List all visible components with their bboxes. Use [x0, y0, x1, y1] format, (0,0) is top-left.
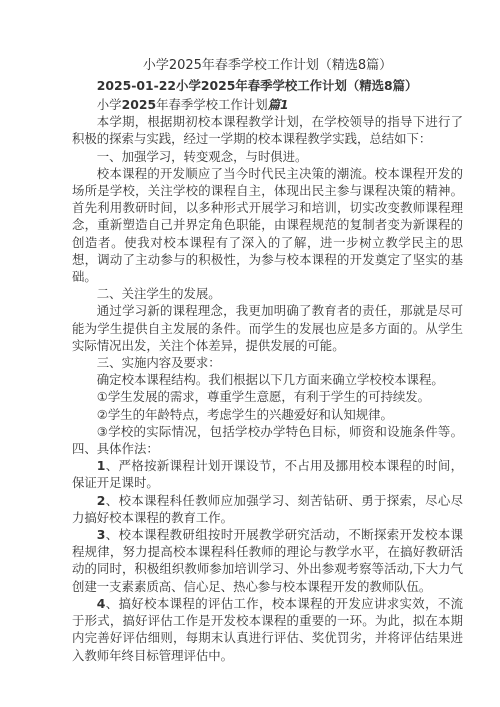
paragraph: 2、校本课程科任教师应加强学习、刻苦钻研、勇于探索，尽心尽力搞好校本课程的教育工… — [72, 492, 463, 526]
document-page: 小学2025年春季学校工作计划（精选8篇）2025-01-22小学2025年春季… — [0, 0, 500, 707]
paragraph: 3、校本课程教研组按时开展教学研究活动，不断探索开发校本课程规律，努力提高校本课… — [72, 526, 463, 595]
text-segment: 、校本课程教研组按时开展教学研究活动，不断探索开发校本课程规律，努力提高校本课程… — [72, 527, 463, 594]
paragraph: ①学生发展的需求，尊重学生意愿，有利于学生的可持续发。 — [72, 388, 463, 405]
text-segment: 二、关注学生的发展。 — [97, 286, 221, 301]
text-segment: 年春季学校工作计划 — [156, 97, 268, 112]
paragraph: 确定校本课程结构。我们根据以下几方面来确立学校校本课程。 — [72, 371, 463, 388]
text-segment: 、校本课程科任教师应加强学习、刻苦钻研、勇于探索，尽心尽力搞好校本课程的教育工作… — [72, 493, 463, 525]
text-segment: 一、加强学习，转变观念，与时俱进。 — [97, 149, 308, 164]
text-segment: 2025 — [122, 97, 157, 112]
text-segment: 、搞好校本课程的评估工作，校本课程的开发应讲求实效，不流于形式，搞好评估工作是开… — [72, 596, 463, 663]
paragraph: 二、关注学生的发展。 — [72, 285, 463, 302]
text-segment: 本学期，根据期初校本课程教学计划，在学校领导的指导下进行了积极的探索与实践，经过… — [72, 114, 463, 146]
text-segment: ③学校的实际情况，包括学校办学特色目标，师资和设施条件等。四、具体作法： — [72, 424, 463, 456]
paragraph: ②学生的年龄特点，考虑学生的兴趣爱好和认知规律。 — [72, 406, 463, 423]
text-segment: 通过学习新的课程理念，我更加明确了教育者的责任，那就是尽可能为学生提供自主发展的… — [72, 303, 463, 352]
text-segment: 2025-01-22小学2025年春季学校工作计划（精选8篇） — [97, 78, 418, 93]
document-body: 小学2025年春季学校工作计划（精选8篇）2025-01-22小学2025年春季… — [72, 56, 463, 664]
text-segment: 、严格按新课程计划开课设节，不占用及挪用校本课程的时间，保证开足课时。 — [72, 458, 463, 490]
text-segment: 确定校本课程结构。我们根据以下几方面来确立学校校本课程。 — [97, 372, 444, 387]
paragraph: 小学2025年春季学校工作计划（精选8篇） — [72, 56, 463, 76]
paragraph: 1、严格按新课程计划开课设节，不占用及挪用校本课程的时间，保证开足课时。 — [72, 457, 463, 491]
paragraph: 小学2025年春季学校工作计划篇1 — [72, 96, 463, 113]
text-segment: 小学2025年春季学校工作计划（精选8篇） — [143, 58, 392, 73]
text-segment: 小学 — [97, 97, 122, 112]
text-segment: 三、实施内容及要求： — [97, 355, 221, 370]
paragraph: 三、实施内容及要求： — [72, 354, 463, 371]
text-segment: 篇1 — [268, 97, 289, 112]
paragraph: 4、搞好校本课程的评估工作，校本课程的开发应讲求实效，不流于形式，搞好评估工作是… — [72, 595, 463, 664]
text-segment: ①学生发展的需求，尊重学生意愿，有利于学生的可持续发。 — [97, 389, 430, 404]
text-segment: 校本课程的开发顺应了当今时代民主决策的潮流。校本课程开发的场所是学校，关注学校的… — [72, 166, 463, 284]
paragraph: 校本课程的开发顺应了当今时代民主决策的潮流。校本课程开发的场所是学校，关注学校的… — [72, 165, 463, 285]
text-segment: ②学生的年龄特点，考虑学生的兴趣爱好和认知规律。 — [97, 407, 393, 422]
paragraph: 2025-01-22小学2025年春季学校工作计划（精选8篇） — [72, 76, 463, 96]
paragraph: 一、加强学习，转变观念，与时俱进。 — [72, 148, 463, 165]
paragraph: 本学期，根据期初校本课程教学计划，在学校领导的指导下进行了积极的探索与实践，经过… — [72, 113, 463, 147]
paragraph: 通过学习新的课程理念，我更加明确了教育者的责任，那就是尽可能为学生提供自主发展的… — [72, 302, 463, 354]
paragraph: ③学校的实际情况，包括学校办学特色目标，师资和设施条件等。四、具体作法： — [72, 423, 463, 457]
